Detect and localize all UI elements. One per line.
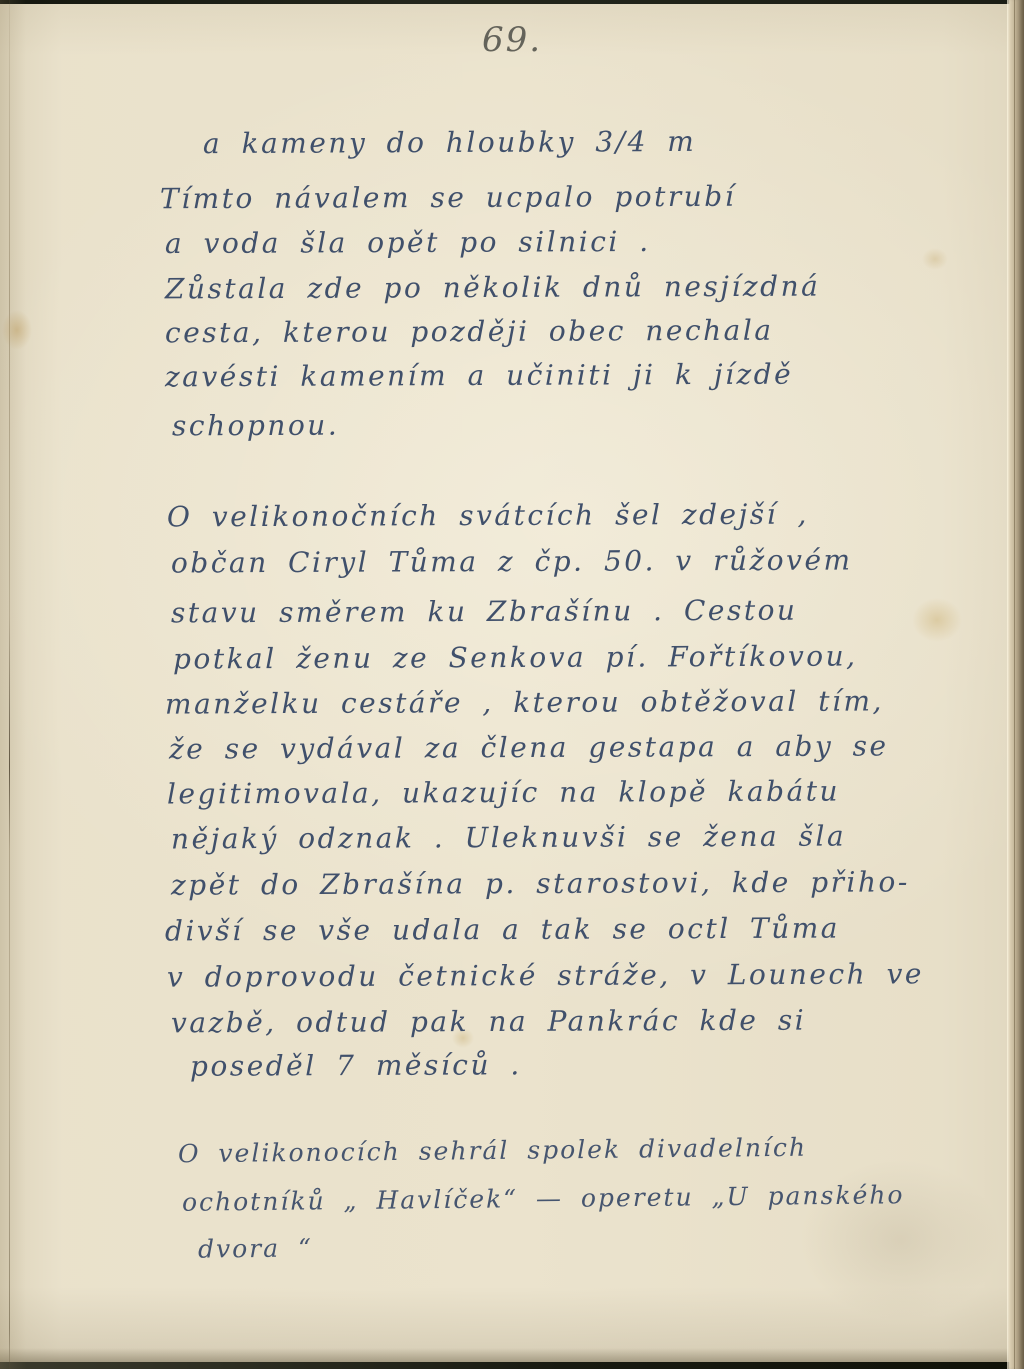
stacked-pages-edge-right [1007, 0, 1024, 1369]
manuscript-line-06: zavésti kamením a učiniti ji k jízdě [165, 358, 793, 394]
manuscript-line-11: potkal ženu ze Senkova pí. Fořtíkovou, [173, 640, 858, 676]
manuscript-line-17: divší se vše udala a tak se octl Tůma [165, 912, 840, 948]
manuscript-line-02: Tímto návalem se ucpalo potrubí [160, 180, 736, 216]
page-number: 69. [0, 20, 1024, 60]
manuscript-line-10: stavu směrem ku Zbrašínu . Cestou [171, 594, 798, 630]
manuscript-line-13: že se vydával za člena gestapa a aby se [169, 729, 889, 765]
paper-stain [912, 598, 962, 642]
manuscript-line-08: O velikonočních svátcích šel zdejší , [167, 498, 809, 534]
page-edge-line [1014, 0, 1015, 1369]
scanned-manuscript-page: 69. a kameny do hloubky 3/4 m Tímto náva… [0, 0, 1024, 1369]
manuscript-line-18: v doprovodu četnické stráže, v Lounech v… [167, 957, 924, 993]
manuscript-line-04: Zůstala zde po několik dnů nesjízdná [165, 270, 820, 306]
manuscript-line-07: schopnou. [172, 409, 339, 443]
manuscript-line-20: poseděl 7 měsíců . [190, 1048, 522, 1082]
page-gutter-left [0, 0, 26, 1369]
manuscript-line-22: ochotníků „ Havlíček“ — operetu „U pansk… [182, 1180, 905, 1217]
manuscript-line-05: cesta, kterou později obec nechala [165, 314, 774, 350]
book-binding-edge-top [0, 0, 1024, 4]
manuscript-line-14: legitimovala, ukazujíc na klopě kabátu [167, 775, 840, 811]
page-bottom-shadow [0, 1348, 1024, 1362]
manuscript-line-12: manželku cestáře , kterou obtěžoval tím, [165, 684, 884, 720]
manuscript-line-19: vazbě, odtud pak na Pankrác kde si [171, 1004, 806, 1040]
page-crease-line [9, 0, 10, 1369]
manuscript-line-09: občan Ciryl Tůma z čp. 50. v růžovém [171, 544, 853, 580]
manuscript-line-23: dvora “ [198, 1233, 313, 1263]
manuscript-line-01: a kameny do hloubky 3/4 m [203, 125, 696, 160]
manuscript-line-15: nějaký odznak . Uleknuvši se žena šla [171, 820, 846, 856]
manuscript-line-03: a voda šla opět po silnici . [165, 225, 651, 260]
paper-stain [922, 248, 948, 270]
manuscript-line-16: zpět do Zbrašína p. starostovi, kde přih… [171, 865, 910, 901]
book-binding-edge-bottom [0, 1362, 1024, 1369]
manuscript-line-21: O velikonocích sehrál spolek divadelních [178, 1133, 807, 1169]
